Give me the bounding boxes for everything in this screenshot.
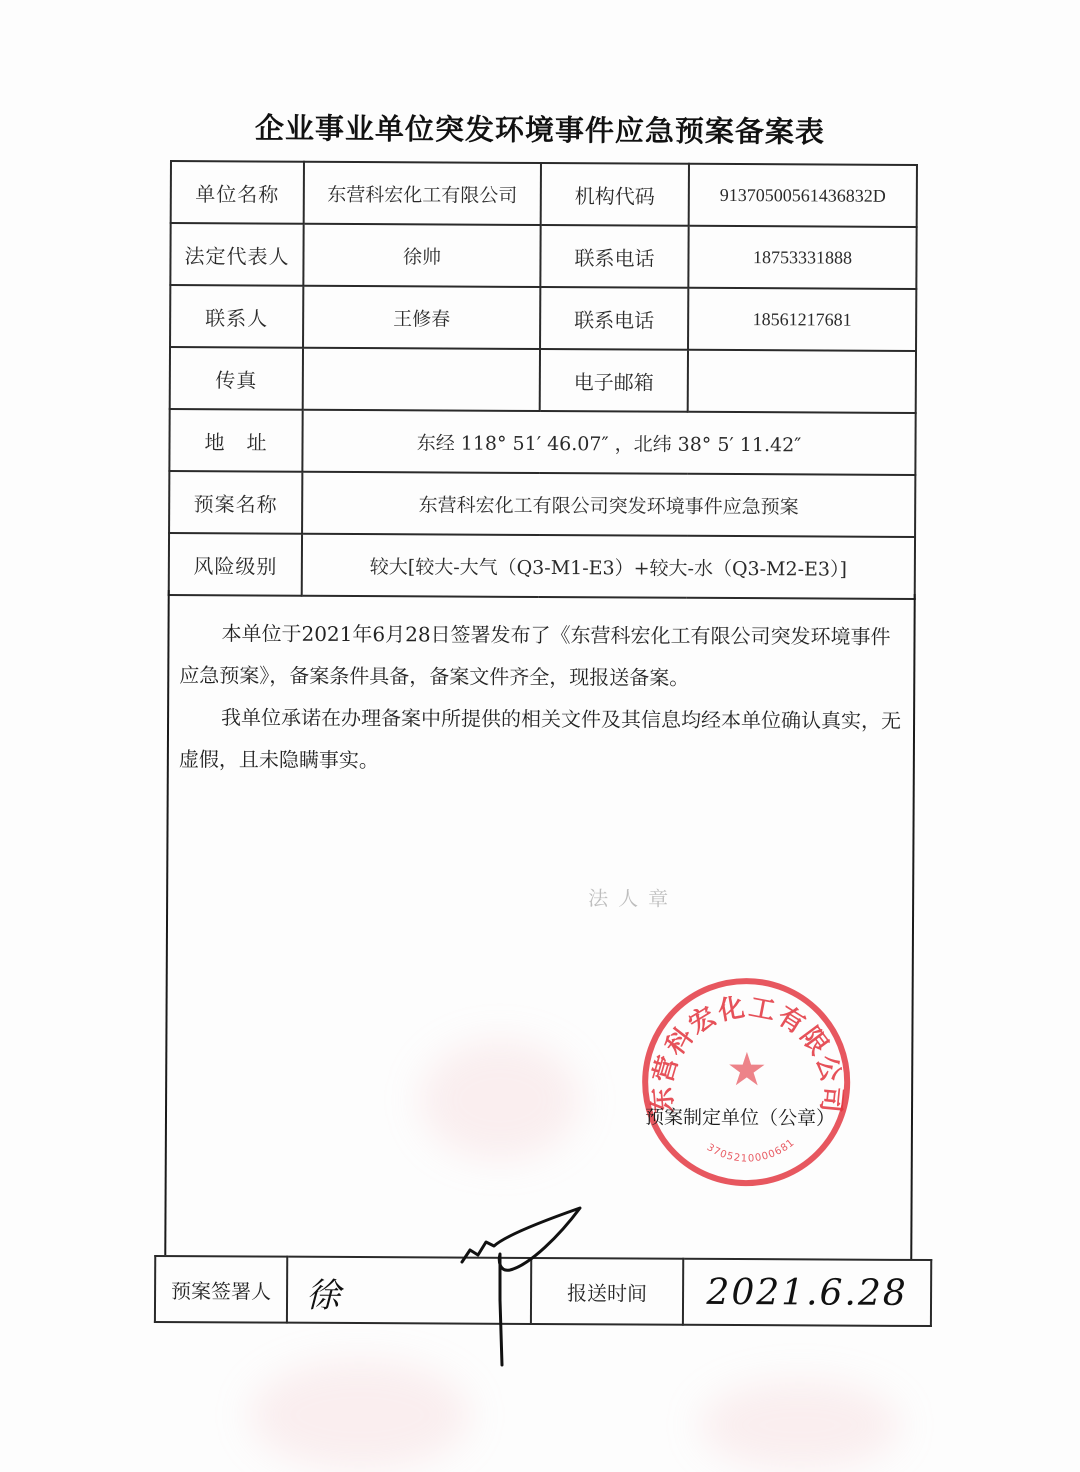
email-value [688, 350, 916, 413]
official-seal: 东营科宏化工有限公司 3705210000681 ★ [642, 978, 851, 1187]
table-row: 风险级别 较大[较大-大气（Q3-M1-E3）+较大-水（Q3-M2-E3）] [169, 533, 915, 599]
table-row: 传真 电子邮箱 [170, 347, 916, 413]
seal-caption: 预案制定单位（公章） [645, 1103, 835, 1131]
address-value: 东经 118° 51′ 46.07″ ，北纬 38° 5′ 11.42″ [302, 410, 915, 475]
table-row: 法定代表人 徐帅 联系电话 18753331888 [170, 223, 916, 289]
unit-name-value: 东营科宏化工有限公司 [304, 162, 541, 225]
declaration-section: 本单位于2021年6月28日签署发布了《东营科宏化工有限公司突发环境事件应急预案… [164, 590, 915, 1259]
submit-time-label: 报送时间 [531, 1258, 683, 1325]
org-code-label: 机构代码 [541, 163, 689, 226]
risk-level-label: 风险级别 [169, 533, 302, 596]
submit-date-handwritten: 2021.6.28 [706, 1271, 907, 1313]
unit-name-label: 单位名称 [171, 161, 304, 224]
document-title: 企业事业单位突发环境事件应急预案备案表 [0, 104, 1080, 153]
table-row: 地 址 东经 118° 51′ 46.07″ ，北纬 38° 5′ 11.42″ [169, 409, 915, 475]
contact-value: 王修春 [303, 286, 540, 349]
address-label: 地 址 [169, 409, 302, 472]
signature-text: 徐 [306, 1268, 340, 1317]
table-row: 预案名称 东营科宏化工有限公司突发环境事件应急预案 [169, 471, 915, 537]
svg-text:3705210000681: 3705210000681 [705, 1137, 798, 1165]
fax-label: 传真 [170, 347, 303, 410]
star-icon: ★ [726, 1046, 767, 1092]
table-row: 单位名称 东营科宏化工有限公司 机构代码 91370500561436832D [171, 161, 917, 227]
legal-rep-label: 法定代表人 [170, 223, 303, 286]
phone-label: 联系电话 [540, 225, 688, 288]
phone-value: 18753331888 [688, 226, 916, 289]
contact-label: 联系人 [170, 285, 303, 348]
legal-rep-value: 徐帅 [303, 224, 540, 287]
fax-value [303, 348, 540, 411]
table-row: 联系人 王修春 联系电话 18561217681 [170, 285, 916, 351]
declaration-paragraph-1: 本单位于2021年6月28日签署发布了《东营科宏化工有限公司突发环境事件应急预案… [169, 612, 913, 700]
signer-signature: 徐 [287, 1257, 531, 1324]
contact-phone-label: 联系电话 [540, 287, 688, 350]
plan-name-label: 预案名称 [169, 471, 302, 534]
seal-number: 3705210000681 [705, 1137, 798, 1165]
email-label: 电子邮箱 [540, 349, 688, 412]
footer-table: 预案签署人 徐 报送时间 2021.6.28 [154, 1255, 932, 1327]
declaration-paragraph-2: 我单位承诺在办理备案中所提供的相关文件及其信息均经本单位确认真实，无虚假，且未隐… [169, 696, 913, 784]
contact-phone-value: 18561217681 [688, 288, 916, 351]
filing-form: 单位名称 东营科宏化工有限公司 机构代码 91370500561436832D … [154, 160, 938, 1334]
info-table: 单位名称 东营科宏化工有限公司 机构代码 91370500561436832D … [168, 160, 918, 600]
faint-stamp-text: 法人章 [588, 882, 678, 911]
signer-label: 预案签署人 [155, 1256, 287, 1323]
org-code-value: 91370500561436832D [689, 164, 917, 227]
table-row: 预案签署人 徐 报送时间 2021.6.28 [155, 1256, 931, 1326]
submit-time-value: 2021.6.28 [683, 1259, 931, 1326]
plan-name-value: 东营科宏化工有限公司突发环境事件应急预案 [302, 472, 915, 537]
risk-level-value: 较大[较大-大气（Q3-M1-E3）+较大-水（Q3-M2-E3）] [302, 534, 915, 599]
